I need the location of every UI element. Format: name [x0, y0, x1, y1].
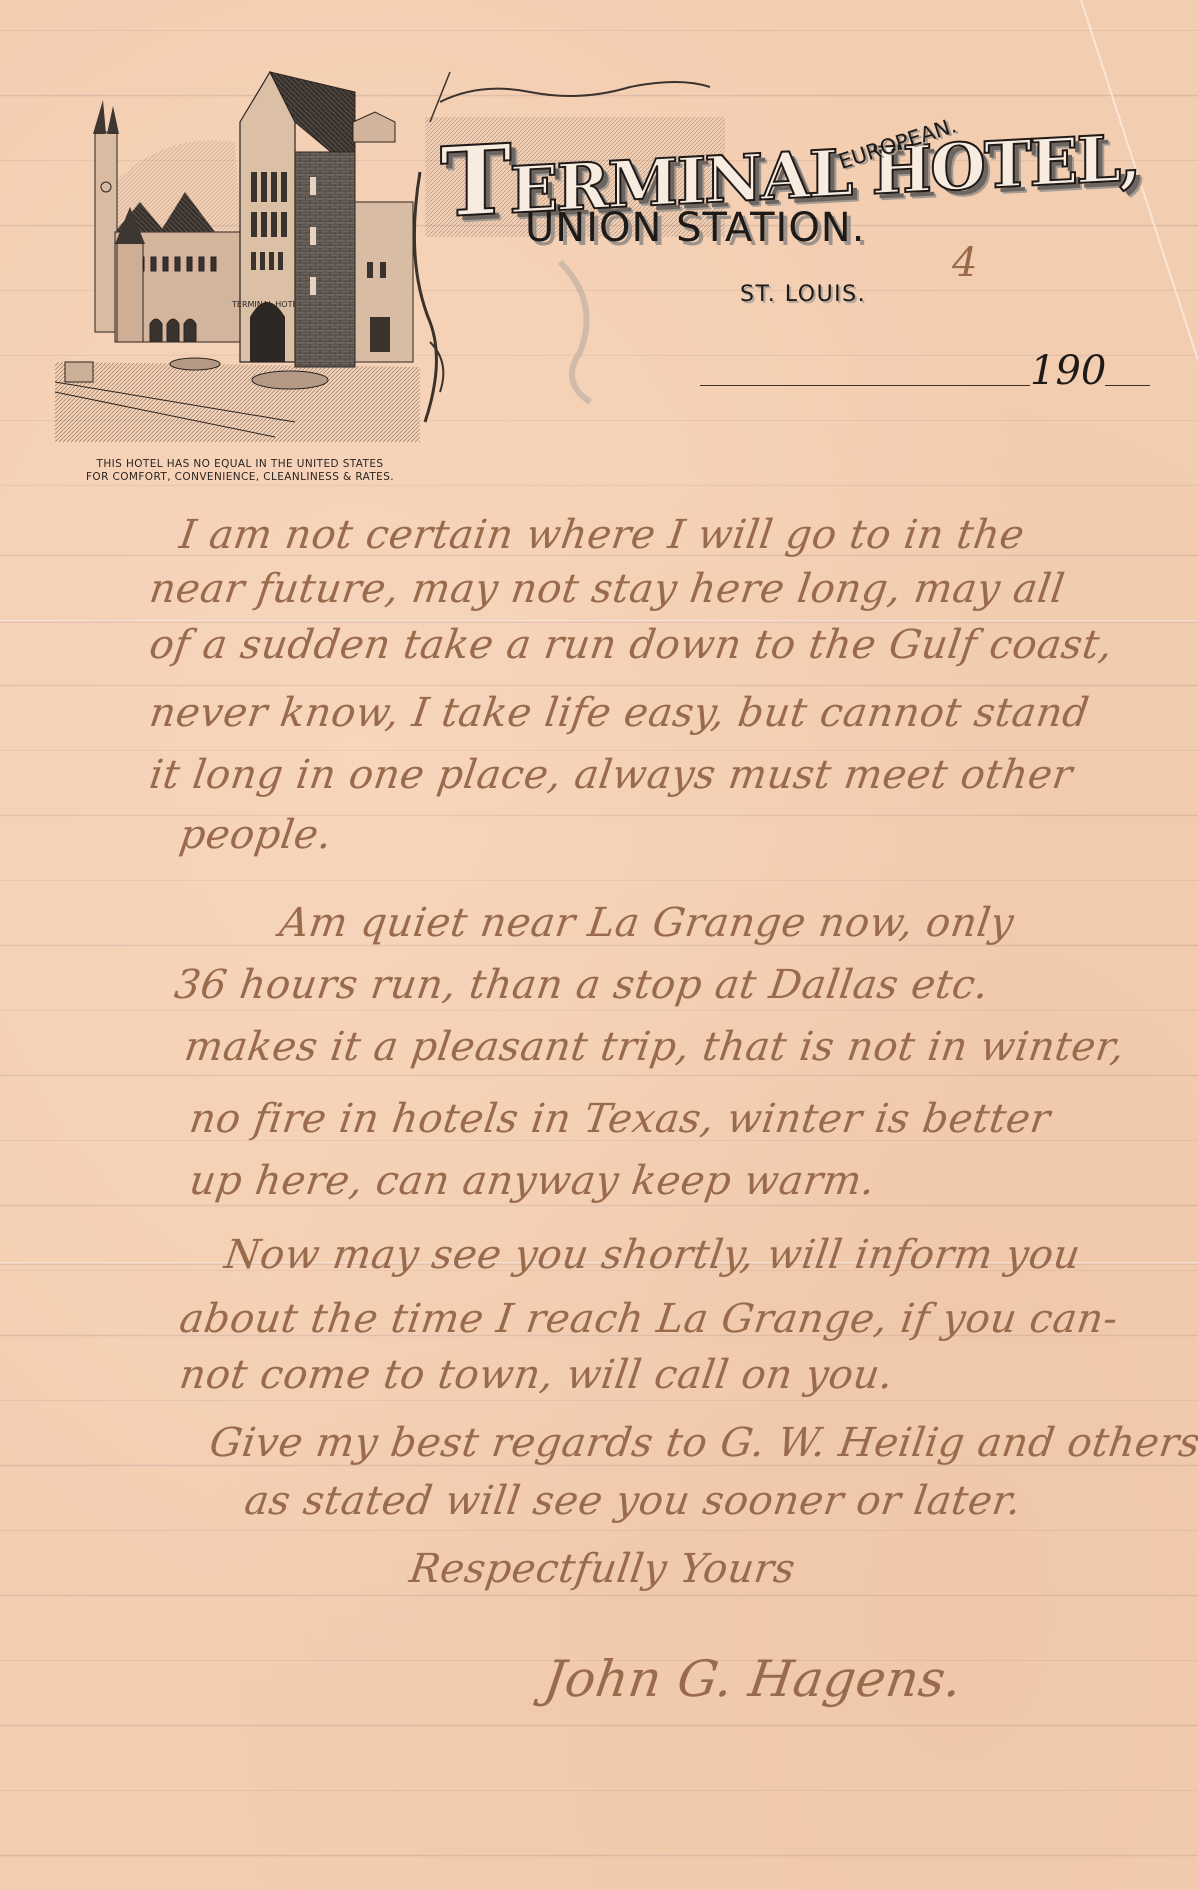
city-label: ST. LOUIS.: [740, 282, 866, 307]
letter-line: of a sudden take a run down to the Gulf …: [147, 622, 1116, 668]
letter-line: up here, can anyway keep warm.: [187, 1158, 878, 1204]
date-year-prefix: 190: [1030, 348, 1106, 394]
date-line: [700, 385, 1030, 386]
caption-line-2: FOR COMFORT, CONVENIENCE, CLEANLINESS & …: [50, 471, 430, 484]
svg-text:TERMINAL HOTEL: TERMINAL HOTEL: [231, 300, 302, 309]
letter-line: as stated will see you sooner or later.: [242, 1478, 1024, 1524]
hotel-building-illustration: TERMINAL HOTEL: [55, 62, 420, 442]
letter-line: Now may see you shortly, will inform you: [222, 1232, 1083, 1278]
letter-line: 36 hours run, than a stop at Dallas etc.: [172, 962, 992, 1008]
letterhead-caption: THIS HOTEL HAS NO EQUAL IN THE UNITED ST…: [50, 458, 430, 484]
letter-line: never know, I take life easy, but cannot…: [147, 690, 1092, 736]
letter-line: Am quiet near La Grange now, only: [277, 900, 1017, 946]
caption-line-1: THIS HOTEL HAS NO EQUAL IN THE UNITED ST…: [50, 458, 430, 471]
station-subtitle: UNION STATION.: [525, 205, 865, 251]
letter-signature: John G. Hagens.: [541, 1650, 966, 1708]
letter-closing: Respectfully Yours: [407, 1546, 798, 1592]
letter-line: I am not certain where I will go to in t…: [177, 512, 1028, 558]
letter-line: about the time I reach La Grange, if you…: [177, 1296, 1121, 1342]
letter-line: it long in one place, always must meet o…: [147, 752, 1076, 798]
letter-line: near future, may not stay here long, may…: [147, 566, 1068, 612]
date-line-end: [1105, 385, 1150, 386]
letter-line: people.: [177, 812, 335, 858]
letter-line: not come to town, will call on you.: [177, 1352, 896, 1398]
page-number: 4: [952, 240, 977, 286]
letter-line: makes it a pleasant trip, that is not in…: [182, 1024, 1128, 1070]
hotel-name-initial: T: [440, 123, 509, 240]
letter-line: no fire in hotels in Texas, winter is be…: [187, 1096, 1054, 1142]
letter-line: Give my best regards to G. W. Heilig and…: [207, 1420, 1198, 1466]
